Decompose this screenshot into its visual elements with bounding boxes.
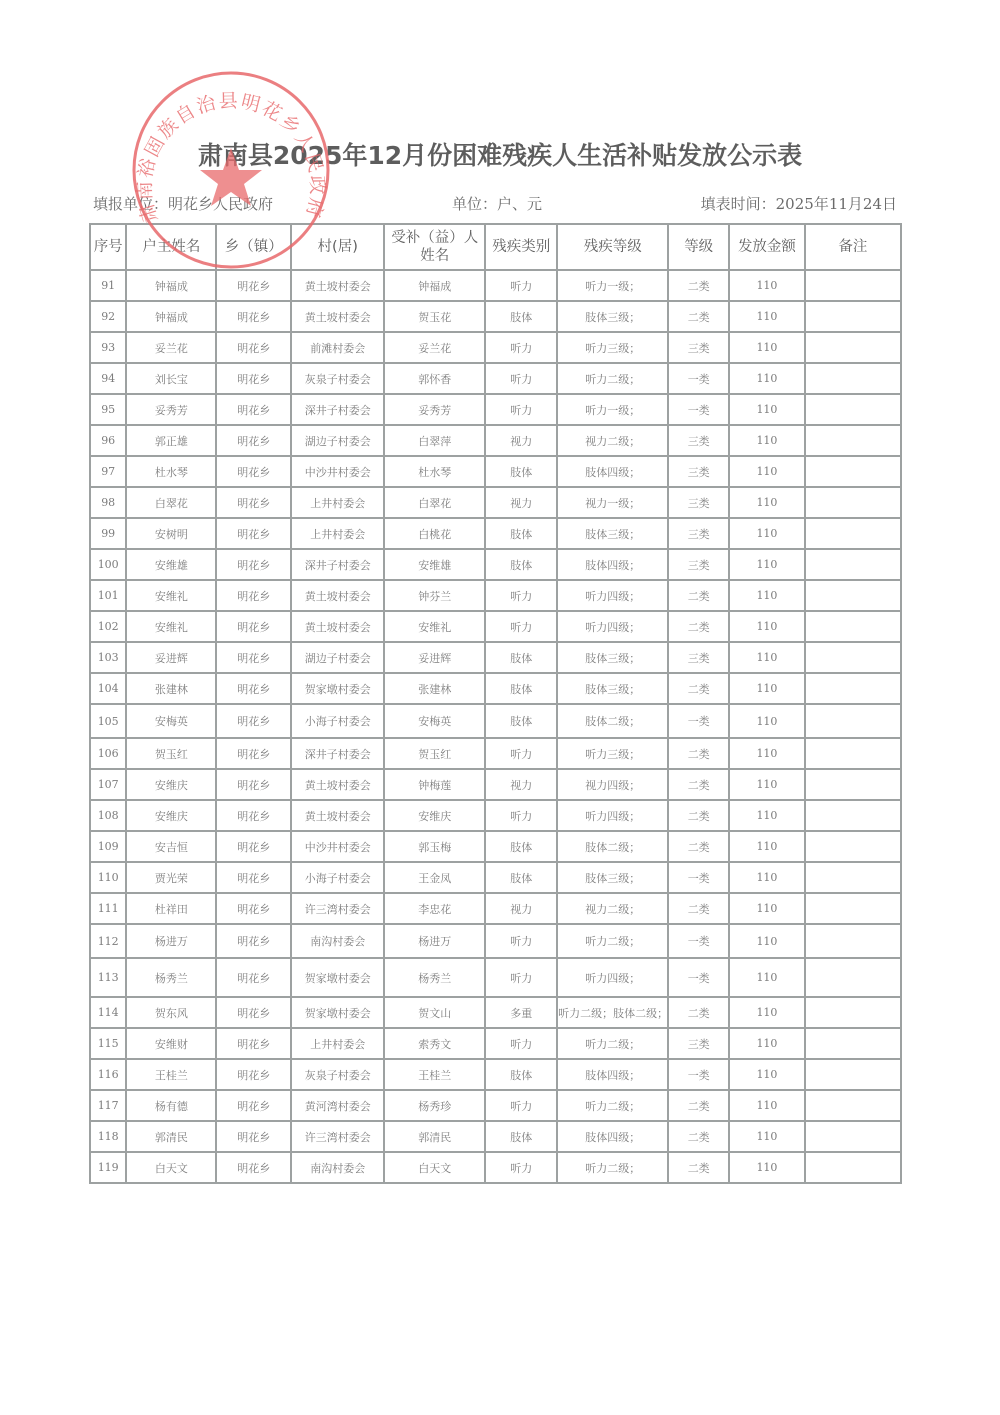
cell-village: 许三湾村委会 [291,1121,384,1152]
cell-village: 黄土坡村委会 [291,800,384,831]
table-row: 106贺玉红明花乡深井子村委会贺玉红听力听力三级；二类110 [90,738,901,769]
cell-amount: 110 [729,611,805,642]
cell-amount: 110 [729,862,805,893]
cell-householder: 郭正雄 [126,425,216,456]
cell-township: 明花乡 [216,363,291,394]
cell-grade: 一类 [668,363,729,394]
cell-grade: 二类 [668,997,729,1028]
cell-grade: 一类 [668,862,729,893]
cell-disability-type: 视力 [485,893,557,924]
cell-village: 南沟村委会 [291,1152,384,1183]
cell-township: 明花乡 [216,738,291,769]
cell-beneficiary: 王金凤 [384,862,485,893]
cell-grade: 一类 [668,394,729,425]
table-row: 91钟福成明花乡黄土坡村委会钟福成听力听力一级；二类110 [90,270,901,301]
cell-index: 104 [90,673,126,704]
cell-beneficiary: 白翠萍 [384,425,485,456]
cell-township: 明花乡 [216,831,291,862]
cell-grade: 二类 [668,270,729,301]
cell-township: 明花乡 [216,997,291,1028]
cell-township: 明花乡 [216,301,291,332]
cell-remarks [805,958,901,997]
cell-beneficiary: 钟梅莲 [384,769,485,800]
cell-householder: 安维财 [126,1028,216,1059]
cell-village: 上井村委会 [291,487,384,518]
cell-remarks [805,518,901,549]
cell-householder: 刘长宝 [126,363,216,394]
cell-village: 小海子村委会 [291,862,384,893]
cell-township: 明花乡 [216,1152,291,1183]
cell-beneficiary: 贺玉红 [384,738,485,769]
cell-disability-level: 听力三级； [557,332,668,363]
cell-grade: 三类 [668,642,729,673]
cell-township: 明花乡 [216,332,291,363]
cell-beneficiary: 安维礼 [384,611,485,642]
cell-beneficiary: 杨秀兰 [384,958,485,997]
cell-disability-level: 听力二级； [557,924,668,958]
cell-township: 明花乡 [216,518,291,549]
cell-grade: 二类 [668,738,729,769]
cell-township: 明花乡 [216,425,291,456]
cell-grade: 三类 [668,456,729,487]
cell-village: 中沙井村委会 [291,456,384,487]
cell-disability-level: 视力二级； [557,425,668,456]
cell-grade: 二类 [668,611,729,642]
cell-householder: 贺东风 [126,997,216,1028]
cell-disability-level: 肢体四级； [557,1121,668,1152]
cell-remarks [805,1090,901,1121]
cell-grade: 三类 [668,549,729,580]
subsidy-table: 序号 户主姓名 乡（镇） 村(居) 受补（益）人姓名 残疾类别 残疾等级 等级 … [89,223,902,1184]
cell-amount: 110 [729,1121,805,1152]
cell-remarks [805,456,901,487]
cell-beneficiary: 安维庆 [384,800,485,831]
cell-village: 中沙井村委会 [291,831,384,862]
cell-amount: 110 [729,1090,805,1121]
cell-remarks [805,1059,901,1090]
cell-index: 105 [90,704,126,738]
cell-beneficiary: 白翠花 [384,487,485,518]
cell-index: 112 [90,924,126,958]
cell-amount: 110 [729,1059,805,1090]
cell-grade: 三类 [668,332,729,363]
cell-remarks [805,800,901,831]
cell-township: 明花乡 [216,270,291,301]
cell-amount: 110 [729,1152,805,1183]
cell-amount: 110 [729,997,805,1028]
table-row: 116王桂兰明花乡灰泉子村委会王桂兰肢体肢体四级；一类110 [90,1059,901,1090]
cell-grade: 三类 [668,518,729,549]
cell-disability-level: 肢体四级； [557,1059,668,1090]
cell-remarks [805,997,901,1028]
table-row: 94刘长宝明花乡灰泉子村委会郭怀香听力听力二级；一类110 [90,363,901,394]
col-header-householder: 户主姓名 [126,224,216,270]
cell-township: 明花乡 [216,1121,291,1152]
col-header-disability-type: 残疾类别 [485,224,557,270]
cell-township: 明花乡 [216,704,291,738]
page-title: 肃南县2025年12月份困难残疾人生活补贴发放公示表 [0,136,1000,172]
cell-grade: 二类 [668,831,729,862]
cell-disability-level: 肢体三级； [557,642,668,673]
cell-index: 106 [90,738,126,769]
cell-disability-type: 肢体 [485,642,557,673]
cell-beneficiary: 郭玉梅 [384,831,485,862]
cell-disability-level: 肢体四级； [557,549,668,580]
cell-village: 贺家墩村委会 [291,958,384,997]
col-header-grade: 等级 [668,224,729,270]
table-row: 96郭正雄明花乡湖边子村委会白翠萍视力视力二级；三类110 [90,425,901,456]
cell-disability-level: 视力一级； [557,487,668,518]
cell-grade: 二类 [668,673,729,704]
cell-disability-level: 肢体三级； [557,862,668,893]
cell-index: 110 [90,862,126,893]
cell-grade: 二类 [668,1152,729,1183]
cell-township: 明花乡 [216,456,291,487]
cell-grade: 二类 [668,580,729,611]
cell-amount: 110 [729,456,805,487]
cell-township: 明花乡 [216,924,291,958]
cell-remarks [805,673,901,704]
cell-village: 小海子村委会 [291,704,384,738]
cell-grade: 三类 [668,1028,729,1059]
cell-index: 98 [90,487,126,518]
cell-disability-type: 听力 [485,580,557,611]
cell-village: 上井村委会 [291,1028,384,1059]
cell-householder: 杨进万 [126,924,216,958]
cell-disability-type: 肢体 [485,704,557,738]
cell-remarks [805,831,901,862]
cell-householder: 杜祥田 [126,893,216,924]
cell-village: 深井子村委会 [291,549,384,580]
cell-beneficiary: 郭怀香 [384,363,485,394]
cell-grade: 一类 [668,958,729,997]
cell-disability-level: 听力四级； [557,958,668,997]
cell-township: 明花乡 [216,893,291,924]
cell-index: 95 [90,394,126,425]
cell-householder: 杜水琴 [126,456,216,487]
cell-householder: 钟福成 [126,270,216,301]
cell-village: 贺家墩村委会 [291,673,384,704]
cell-householder: 安吉恒 [126,831,216,862]
cell-disability-level: 听力四级； [557,611,668,642]
cell-grade: 一类 [668,1059,729,1090]
cell-remarks [805,270,901,301]
cell-amount: 110 [729,769,805,800]
cell-grade: 二类 [668,800,729,831]
table-row: 113杨秀兰明花乡贺家墩村委会杨秀兰听力听力四级；一类110 [90,958,901,997]
cell-householder: 安维庆 [126,769,216,800]
cell-amount: 110 [729,1028,805,1059]
cell-householder: 妥秀芳 [126,394,216,425]
cell-beneficiary: 妥进辉 [384,642,485,673]
cell-village: 贺家墩村委会 [291,997,384,1028]
cell-remarks [805,301,901,332]
cell-village: 许三湾村委会 [291,893,384,924]
cell-remarks [805,642,901,673]
cell-disability-type: 肢体 [485,301,557,332]
cell-village: 灰泉子村委会 [291,363,384,394]
cell-remarks [805,363,901,394]
cell-beneficiary: 白桃花 [384,518,485,549]
cell-amount: 110 [729,301,805,332]
cell-remarks [805,1121,901,1152]
cell-township: 明花乡 [216,611,291,642]
table-row: 117杨有德明花乡黄河湾村委会杨秀珍听力听力二级；二类110 [90,1090,901,1121]
table-row: 111杜祥田明花乡许三湾村委会李忠花视力视力二级；二类110 [90,893,901,924]
fill-date: 填表时间：2025年11月24日 [701,193,897,214]
cell-householder: 安维庆 [126,800,216,831]
cell-beneficiary: 张建林 [384,673,485,704]
cell-beneficiary: 钟芬兰 [384,580,485,611]
table-row: 109安吉恒明花乡中沙井村委会郭玉梅肢体肢体二级；二类110 [90,831,901,862]
cell-amount: 110 [729,394,805,425]
cell-disability-type: 听力 [485,1028,557,1059]
table-row: 110贾光荣明花乡小海子村委会王金凤肢体肢体三级；一类110 [90,862,901,893]
cell-beneficiary: 杨进万 [384,924,485,958]
cell-remarks [805,1152,901,1183]
cell-village: 黄河湾村委会 [291,1090,384,1121]
cell-householder: 王桂兰 [126,1059,216,1090]
table-row: 98白翠花明花乡上井村委会白翠花视力视力一级；三类110 [90,487,901,518]
cell-grade: 二类 [668,1121,729,1152]
cell-grade: 二类 [668,893,729,924]
cell-grade: 二类 [668,769,729,800]
cell-grade: 二类 [668,1090,729,1121]
col-header-index: 序号 [90,224,126,270]
table-row: 102安维礼明花乡黄土坡村委会安维礼听力听力四级；二类110 [90,611,901,642]
cell-amount: 110 [729,642,805,673]
cell-amount: 110 [729,549,805,580]
cell-disability-level: 肢体三级； [557,673,668,704]
cell-householder: 安维礼 [126,580,216,611]
cell-beneficiary: 郭清民 [384,1121,485,1152]
cell-householder: 妥进辉 [126,642,216,673]
cell-disability-type: 视力 [485,425,557,456]
cell-township: 明花乡 [216,958,291,997]
cell-householder: 安维雄 [126,549,216,580]
cell-disability-type: 肢体 [485,831,557,862]
cell-village: 深井子村委会 [291,394,384,425]
cell-beneficiary: 安维雄 [384,549,485,580]
cell-remarks [805,394,901,425]
cell-disability-type: 肢体 [485,1059,557,1090]
cell-village: 黄土坡村委会 [291,769,384,800]
cell-remarks [805,332,901,363]
cell-householder: 贺玉红 [126,738,216,769]
cell-disability-level: 听力四级； [557,800,668,831]
cell-village: 湖边子村委会 [291,642,384,673]
cell-beneficiary: 白天文 [384,1152,485,1183]
col-header-village: 村(居) [291,224,384,270]
cell-remarks [805,549,901,580]
cell-disability-type: 听力 [485,611,557,642]
cell-index: 93 [90,332,126,363]
cell-index: 103 [90,642,126,673]
cell-disability-type: 肢体 [485,1121,557,1152]
cell-amount: 110 [729,924,805,958]
cell-grade: 三类 [668,487,729,518]
cell-township: 明花乡 [216,580,291,611]
cell-householder: 杨秀兰 [126,958,216,997]
table-row: 103妥进辉明花乡湖边子村委会妥进辉肢体肢体三级；三类110 [90,642,901,673]
cell-remarks [805,1028,901,1059]
table-row: 101安维礼明花乡黄土坡村委会钟芬兰听力听力四级；二类110 [90,580,901,611]
cell-disability-level: 听力二级； [557,1152,668,1183]
cell-householder: 钟福成 [126,301,216,332]
cell-beneficiary: 李忠花 [384,893,485,924]
cell-disability-level: 听力二级； [557,1090,668,1121]
table-header-row: 序号 户主姓名 乡（镇） 村(居) 受补（益）人姓名 残疾类别 残疾等级 等级 … [90,224,901,270]
cell-grade: 一类 [668,924,729,958]
cell-village: 深井子村委会 [291,738,384,769]
cell-disability-level: 听力一级； [557,394,668,425]
cell-amount: 110 [729,425,805,456]
cell-disability-level: 听力一级； [557,270,668,301]
cell-remarks [805,769,901,800]
col-header-beneficiary: 受补（益）人姓名 [384,224,485,270]
col-header-remarks: 备注 [805,224,901,270]
col-header-disability-level: 残疾等级 [557,224,668,270]
cell-village: 上井村委会 [291,518,384,549]
table-row: 100安维雄明花乡深井子村委会安维雄肢体肢体四级；三类110 [90,549,901,580]
table-row: 112杨进万明花乡南沟村委会杨进万听力听力二级；一类110 [90,924,901,958]
cell-remarks [805,924,901,958]
cell-village: 灰泉子村委会 [291,1059,384,1090]
cell-beneficiary: 妥秀芳 [384,394,485,425]
cell-beneficiary: 贺文山 [384,997,485,1028]
cell-index: 102 [90,611,126,642]
cell-disability-level: 肢体二级； [557,831,668,862]
cell-township: 明花乡 [216,642,291,673]
col-header-amount: 发放金额 [729,224,805,270]
cell-householder: 白翠花 [126,487,216,518]
cell-index: 97 [90,456,126,487]
cell-grade: 一类 [668,704,729,738]
cell-township: 明花乡 [216,1028,291,1059]
cell-householder: 安树明 [126,518,216,549]
cell-township: 明花乡 [216,673,291,704]
cell-remarks [805,425,901,456]
cell-disability-type: 听力 [485,738,557,769]
cell-disability-level: 听力三级； [557,738,668,769]
cell-beneficiary: 安梅英 [384,704,485,738]
cell-index: 100 [90,549,126,580]
cell-index: 114 [90,997,126,1028]
cell-township: 明花乡 [216,1059,291,1090]
cell-township: 明花乡 [216,769,291,800]
cell-disability-type: 听力 [485,1152,557,1183]
cell-index: 101 [90,580,126,611]
cell-disability-type: 听力 [485,270,557,301]
cell-disability-type: 肢体 [485,673,557,704]
cell-index: 94 [90,363,126,394]
cell-village: 黄土坡村委会 [291,301,384,332]
cell-remarks [805,738,901,769]
cell-amount: 110 [729,958,805,997]
cell-village: 南沟村委会 [291,924,384,958]
cell-township: 明花乡 [216,394,291,425]
table-row: 97杜水琴明花乡中沙井村委会杜水琴肢体肢体四级；三类110 [90,456,901,487]
cell-index: 109 [90,831,126,862]
cell-disability-level: 听力二级；肢体二级； [557,997,668,1028]
cell-disability-type: 肢体 [485,518,557,549]
table-row: 92钟福成明花乡黄土坡村委会贺玉花肢体肢体三级；二类110 [90,301,901,332]
table-row: 115安维财明花乡上井村委会索秀文听力听力二级；三类110 [90,1028,901,1059]
cell-householder: 贾光荣 [126,862,216,893]
table-row: 105安梅英明花乡小海子村委会安梅英肢体肢体二级；一类110 [90,704,901,738]
cell-index: 119 [90,1152,126,1183]
cell-township: 明花乡 [216,487,291,518]
unit-label: 单位：户、元 [452,193,542,214]
cell-disability-type: 听力 [485,394,557,425]
cell-amount: 110 [729,332,805,363]
cell-disability-type: 视力 [485,769,557,800]
cell-amount: 110 [729,893,805,924]
cell-disability-type: 听力 [485,332,557,363]
cell-householder: 白天文 [126,1152,216,1183]
cell-disability-type: 肢体 [485,456,557,487]
cell-disability-level: 肢体二级； [557,704,668,738]
cell-village: 黄土坡村委会 [291,580,384,611]
cell-village: 湖边子村委会 [291,425,384,456]
cell-disability-type: 肢体 [485,549,557,580]
cell-index: 115 [90,1028,126,1059]
cell-householder: 杨有德 [126,1090,216,1121]
cell-disability-level: 肢体四级； [557,456,668,487]
cell-remarks [805,487,901,518]
cell-village: 前滩村委会 [291,332,384,363]
cell-beneficiary: 索秀文 [384,1028,485,1059]
cell-disability-type: 听力 [485,800,557,831]
cell-disability-level: 听力二级； [557,363,668,394]
col-header-township: 乡（镇） [216,224,291,270]
cell-householder: 张建林 [126,673,216,704]
cell-index: 107 [90,769,126,800]
cell-householder: 安维礼 [126,611,216,642]
cell-amount: 110 [729,487,805,518]
cell-index: 91 [90,270,126,301]
cell-householder: 郭清民 [126,1121,216,1152]
cell-disability-level: 听力四级； [557,580,668,611]
cell-householder: 安梅英 [126,704,216,738]
table-row: 108安维庆明花乡黄土坡村委会安维庆听力听力四级；二类110 [90,800,901,831]
cell-grade: 三类 [668,425,729,456]
cell-township: 明花乡 [216,549,291,580]
cell-amount: 110 [729,673,805,704]
cell-remarks [805,611,901,642]
table-row: 107安维庆明花乡黄土坡村委会钟梅莲视力视力四级；二类110 [90,769,901,800]
cell-amount: 110 [729,831,805,862]
cell-amount: 110 [729,270,805,301]
table-row: 114贺东风明花乡贺家墩村委会贺文山多重听力二级；肢体二级；二类110 [90,997,901,1028]
cell-village: 黄土坡村委会 [291,270,384,301]
cell-disability-level: 肢体三级； [557,518,668,549]
cell-beneficiary: 贺玉花 [384,301,485,332]
cell-township: 明花乡 [216,800,291,831]
table-row: 99安树明明花乡上井村委会白桃花肢体肢体三级；三类110 [90,518,901,549]
cell-disability-type: 听力 [485,363,557,394]
cell-amount: 110 [729,580,805,611]
cell-township: 明花乡 [216,1090,291,1121]
cell-disability-type: 视力 [485,487,557,518]
cell-disability-type: 听力 [485,924,557,958]
cell-beneficiary: 妥兰花 [384,332,485,363]
cell-disability-type: 多重 [485,997,557,1028]
cell-index: 111 [90,893,126,924]
cell-township: 明花乡 [216,862,291,893]
cell-amount: 110 [729,518,805,549]
cell-remarks [805,862,901,893]
